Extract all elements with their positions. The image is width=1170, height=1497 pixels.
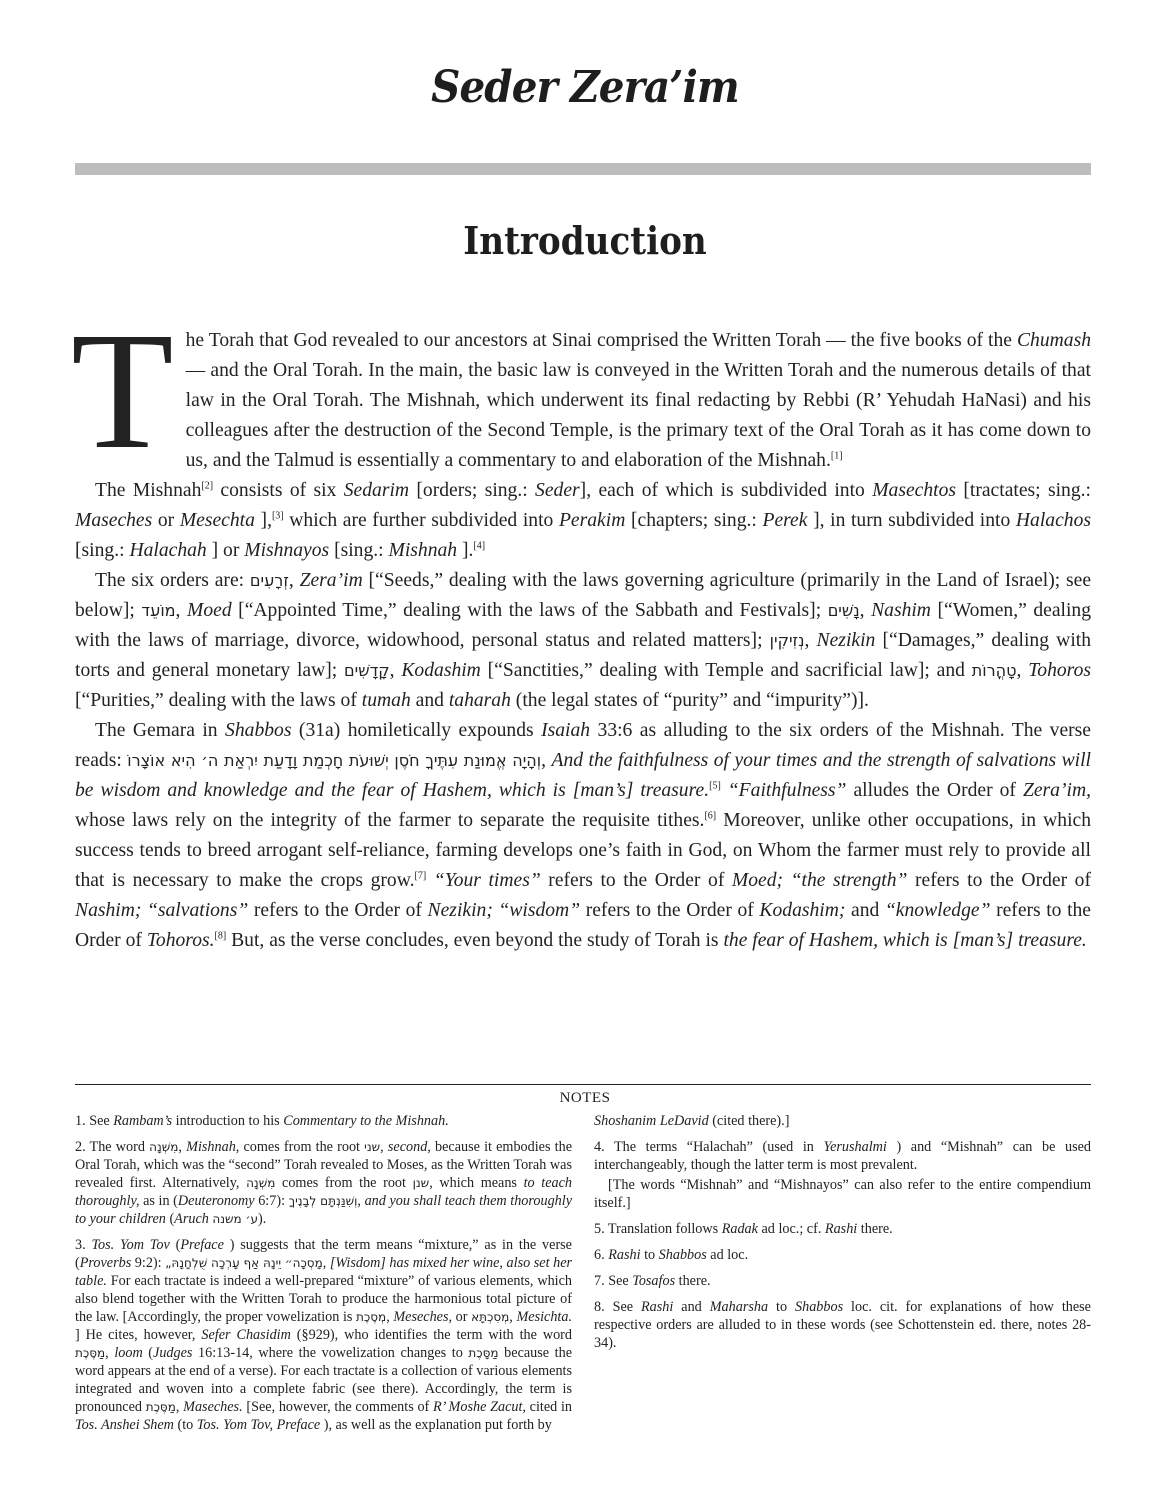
hebrew-text: מַסֶּכֶת — [75, 1346, 105, 1360]
text: 4. The terms “Halachah” (used in — [594, 1139, 824, 1155]
text: , — [804, 630, 816, 651]
text: The Mishnah — [95, 480, 201, 501]
paragraph-3: The six orders are: זְרָעִים, Zera’im [“… — [75, 566, 1091, 716]
text: , — [860, 600, 871, 621]
term: Tos. Yom Tov — [91, 1237, 169, 1253]
note-6: 6. Rashi to Shabbos ad loc. — [594, 1246, 1091, 1264]
hebrew-nashim: נָשִׁים — [828, 601, 860, 620]
text: The Gemara in — [95, 720, 225, 741]
term: Mesichta. — [516, 1309, 572, 1325]
text: ]. — [457, 540, 473, 561]
text: or — [152, 510, 180, 531]
hebrew-text: מְסִכְתָּא — [471, 1310, 509, 1324]
text: ( — [143, 1345, 153, 1361]
hebrew-text: מָסְכָה״ יֵינָהּ אַף עָרְכָה שֻׁלְחָנָהּ… — [165, 1256, 323, 1270]
term: Rashi — [608, 1247, 640, 1263]
text: (§929), who identifies the term with the… — [291, 1327, 572, 1343]
text: 3. — [75, 1237, 91, 1253]
text: cited in — [526, 1399, 572, 1415]
text: ], each of which is subdivided into — [580, 480, 873, 501]
term: Mishnah — [389, 540, 458, 561]
term: Isaiah — [541, 720, 590, 741]
text: which are further subdivided into — [284, 510, 559, 531]
hebrew-kodashim: קָדָשִׁים — [344, 661, 390, 680]
term: Proverbs — [80, 1255, 132, 1271]
header-divider — [75, 163, 1091, 175]
footnote-ref-8[interactable]: [8] — [215, 930, 227, 941]
text: ], in turn subdivided into — [807, 510, 1015, 531]
text: 2. The word — [75, 1139, 149, 1155]
note-4: 4. The terms “Halachah” (used in Yerusha… — [594, 1138, 1091, 1174]
text: , — [1016, 660, 1028, 681]
hebrew-text: מִשְׁנָה — [149, 1140, 178, 1154]
term: “Faithfulness” — [721, 780, 847, 801]
text: and — [411, 690, 449, 711]
text: comes from the root — [239, 1139, 364, 1155]
text: as in ( — [140, 1193, 178, 1209]
term: Maharsha — [710, 1299, 768, 1315]
text: (31a) homiletically expounds — [291, 720, 541, 741]
term: Shoshanim LeDavid — [594, 1113, 709, 1129]
term: Sefer Chasidim — [201, 1327, 290, 1343]
term: Preface — [180, 1237, 224, 1253]
text: [“Appointed Time,” dealing with the laws… — [232, 600, 828, 621]
term: Radak — [722, 1221, 758, 1237]
notes-column-right: Shoshanim LeDavid (cited there).] 4. The… — [594, 1112, 1091, 1442]
term: “Your times” — [426, 870, 541, 891]
term: Rashi — [825, 1221, 857, 1237]
text: , — [390, 660, 402, 681]
term: Nezikin; “wisdom” — [428, 900, 581, 921]
text: ( — [170, 1237, 181, 1253]
term: Sedarim — [344, 480, 409, 501]
text: refers to the Order of — [580, 900, 759, 921]
hebrew-text: מְסֶכֶת — [356, 1310, 386, 1324]
term: “knowledge” — [885, 900, 991, 921]
hebrew-tohoros: טָהֳרוֹת — [972, 661, 1017, 680]
footnote-ref-7[interactable]: [7] — [414, 870, 426, 881]
hebrew-text: שני — [364, 1140, 380, 1154]
text: 9:2): — [131, 1255, 165, 1271]
note-3: 3. Tos. Yom Tov (Preface ) suggests that… — [75, 1236, 572, 1434]
text: alludes the Order of — [846, 780, 1022, 801]
term: second, — [388, 1139, 431, 1155]
text: ] or — [207, 540, 245, 561]
term: Shabbos — [795, 1299, 843, 1315]
text: , — [105, 1345, 114, 1361]
text: 7. See — [594, 1273, 632, 1289]
text: refers to the Order of — [248, 900, 427, 921]
text: 6. — [594, 1247, 608, 1263]
text: whose laws rely on the integrity of the … — [75, 810, 704, 831]
term: Maseches — [75, 510, 152, 531]
note-8: 8. See Rashi and Maharsha to Shabbos loc… — [594, 1298, 1091, 1352]
footnote-ref-1[interactable]: [1] — [831, 450, 843, 461]
hebrew-text: מִשְׁנָה — [246, 1176, 275, 1190]
term: Kodashim; — [759, 900, 845, 921]
text: , which means — [429, 1175, 523, 1191]
text: ), as well as the explanation put forth … — [320, 1417, 552, 1433]
term: Tohoros — [1028, 660, 1091, 681]
term: Commentary to the Mishnah. — [283, 1113, 449, 1129]
term: Shabbos — [659, 1247, 707, 1263]
text: , — [323, 1255, 330, 1271]
note-1: 1. See Rambam’s introduction to his Comm… — [75, 1112, 572, 1130]
text: or — [452, 1309, 471, 1325]
text: and — [845, 900, 884, 921]
term: Kodashim — [401, 660, 480, 681]
text: comes from the root — [275, 1175, 412, 1191]
notes-column-left: 1. See Rambam’s introduction to his Comm… — [75, 1112, 572, 1442]
term: Tos. Yom Tov, Preface — [197, 1417, 320, 1433]
term: Halachos — [1016, 510, 1091, 531]
note-4-continuation: [The words “Mishnah” and “Mishnayos” can… — [594, 1176, 1091, 1212]
text: 5. Translation follows — [594, 1221, 722, 1237]
term: Mesechta — [180, 510, 255, 531]
footnote-ref-5[interactable]: [5] — [709, 780, 721, 791]
term: Nashim; “salvations” — [75, 900, 248, 921]
term: R’ Moshe Zacut, — [433, 1399, 526, 1415]
text: there. — [675, 1273, 710, 1289]
text: [See, however, the comments of — [243, 1399, 433, 1415]
text: (the legal states of “purity” and “impur… — [511, 690, 869, 711]
drop-cap: T — [71, 328, 174, 448]
term: tumah — [362, 690, 411, 711]
text: refers to the Order of — [541, 870, 732, 891]
footnote-ref-6[interactable]: [6] — [704, 810, 716, 821]
text: consists of six — [213, 480, 344, 501]
text: ], — [255, 510, 272, 531]
text: there. — [857, 1221, 892, 1237]
hebrew-text: ע׳ משנה — [212, 1212, 258, 1226]
paragraph-1: The Torah that God revealed to our ances… — [75, 326, 1091, 476]
term: Judges — [153, 1345, 192, 1361]
text: But, as the verse concludes, even beyond… — [226, 930, 723, 951]
hebrew-text: מַסָּכֶת — [468, 1346, 498, 1360]
text: 16:13-14, where the vowelization changes… — [192, 1345, 468, 1361]
term: Rambam’s — [113, 1113, 172, 1129]
term: Meseches, — [393, 1309, 452, 1325]
text: , — [380, 1139, 388, 1155]
text: 1. See — [75, 1113, 113, 1129]
text: ). — [258, 1211, 266, 1227]
seder-title: Seder Zera’im — [47, 62, 1123, 113]
paragraph-4: The Gemara in Shabbos (31a) homileticall… — [75, 716, 1091, 956]
term: Mishnah, — [186, 1139, 239, 1155]
note-7: 7. See Tosafos there. — [594, 1272, 1091, 1290]
hebrew-nezikin: נְזִיקִין — [770, 631, 805, 650]
term: Chumash — [1017, 330, 1091, 351]
text: to — [768, 1299, 795, 1315]
page-title: Introduction — [59, 218, 1112, 263]
term: Perek — [762, 510, 807, 531]
term: Nashim — [871, 600, 931, 621]
text: ( — [166, 1211, 174, 1227]
term: Maseches. — [183, 1399, 243, 1415]
text: to — [641, 1247, 659, 1263]
text: [orders; sing.: — [409, 480, 535, 501]
text: , — [357, 1193, 364, 1209]
hebrew-text: מַסֶּכֶת — [146, 1400, 176, 1414]
text: [chapters; sing.: — [625, 510, 762, 531]
term: Aruch — [174, 1211, 209, 1227]
text: 6:7): — [255, 1193, 289, 1209]
term: Mishnayos — [244, 540, 329, 561]
term: Yerushalmi — [824, 1139, 887, 1155]
term: taharah — [449, 690, 511, 711]
paragraph-2: The Mishnah[2] consists of six Sedarim [… — [75, 476, 1091, 566]
term: Moed — [187, 600, 232, 621]
text: , — [289, 570, 300, 591]
text: [sing.: — [75, 540, 129, 561]
hebrew-text: שנן — [413, 1176, 430, 1190]
term: Tos. Anshei Shem — [75, 1417, 174, 1433]
text: (to — [174, 1417, 197, 1433]
footnote-ref-4[interactable]: [4] — [473, 540, 485, 551]
term: Tosafos — [632, 1273, 675, 1289]
term: Moed; “the strength” — [732, 870, 908, 891]
note-2: 2. The word מִשְׁנָה, Mishnah, comes fro… — [75, 1138, 572, 1228]
text: he Torah that God revealed to our ancest… — [186, 330, 1017, 351]
text: ] He cites, however, — [75, 1327, 201, 1343]
text: , — [541, 750, 551, 771]
note-3-continuation: Shoshanim LeDavid (cited there).] — [594, 1112, 1091, 1130]
notes-section: 1. See Rambam’s introduction to his Comm… — [75, 1112, 1091, 1442]
hebrew-zeraim: זְרָעִים — [250, 571, 289, 590]
text: (cited there).] — [709, 1113, 790, 1129]
hebrew-verse: וְהָיָה אֱמוּנַת עִתֶּיךָ חֹסֶן יְשׁוּעֹ… — [127, 751, 541, 770]
term: Zera’im — [300, 570, 363, 591]
term: Masechtos — [872, 480, 956, 501]
term: Tohoros. — [147, 930, 215, 951]
hebrew-moed: מוֹעֵד — [141, 601, 175, 620]
text: The six orders are: — [95, 570, 250, 591]
note-5: 5. Translation follows Radak ad loc.; cf… — [594, 1220, 1091, 1238]
term: loom — [114, 1345, 142, 1361]
term: Halachah — [129, 540, 206, 561]
text: ad loc.; cf. — [758, 1221, 825, 1237]
hebrew-text: וְשִׁנַּנְתָּם לְבָנֶיךָ — [289, 1194, 358, 1208]
text: , — [178, 1139, 186, 1155]
footnote-ref-3[interactable]: [3] — [272, 510, 284, 521]
text: [sing.: — [329, 540, 388, 561]
text: [“Purities,” dealing with the laws of — [75, 690, 362, 711]
text: introduction to his — [172, 1113, 283, 1129]
term: Shabbos — [225, 720, 291, 741]
text: [“Sanctities,” dealing with Temple and s… — [481, 660, 972, 681]
introduction-body: The Torah that God revealed to our ances… — [75, 326, 1091, 956]
text: — and the Oral Torah. In the main, the b… — [186, 360, 1091, 471]
term: Nezikin — [817, 630, 876, 651]
text: [tractates; sing.: — [956, 480, 1091, 501]
term: Deuteronomy — [178, 1193, 255, 1209]
footnote-ref-2[interactable]: [2] — [201, 480, 213, 491]
notes-heading: NOTES — [0, 1090, 1170, 1107]
text: 8. See — [594, 1299, 641, 1315]
term: the fear of Hashem, which is [man’s] tre… — [723, 930, 1086, 951]
text: and — [673, 1299, 709, 1315]
term: Seder — [535, 480, 580, 501]
notes-divider — [75, 1084, 1091, 1085]
text: ad loc. — [707, 1247, 748, 1263]
term: Rashi — [641, 1299, 673, 1315]
text: , — [176, 600, 187, 621]
term: Zera’im, — [1023, 780, 1091, 801]
text: refers to the Order of — [907, 870, 1091, 891]
term: Perakim — [559, 510, 625, 531]
